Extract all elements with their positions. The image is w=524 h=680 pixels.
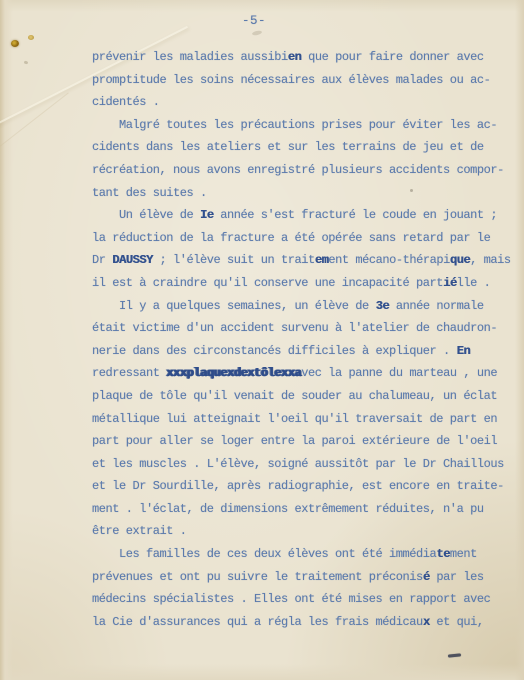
text-line: tant des suites . xyxy=(92,182,512,205)
text-segment: médecins spécialistes . Elles ont été mi… xyxy=(92,592,490,606)
page-number: -5- xyxy=(242,14,266,28)
text-line: Malgré toutes les précautions prises pou… xyxy=(92,114,512,137)
text-line: cidentés . xyxy=(92,91,512,114)
text-segment: é xyxy=(423,570,430,584)
text-segment: récréation, nous avons enregistré plusie… xyxy=(92,163,504,177)
text-segment: plaque de tôle qu'il venait de souder au… xyxy=(92,389,497,403)
text-segment: en xyxy=(288,50,302,64)
text-segment: 3e xyxy=(376,299,390,313)
text-segment: Malgré toutes les précautions prises pou… xyxy=(92,118,497,132)
text-segment: ment xyxy=(450,547,477,561)
text-line: part pour aller se loger entre la paroi … xyxy=(92,430,512,453)
text-segment: Il y a quelques semaines, un élève de xyxy=(92,299,376,313)
text-line: ment . l'éclat, de dimensions extrêmemen… xyxy=(92,498,512,521)
text-segment: et les muscles . L'élève, soigné aussitô… xyxy=(92,457,504,471)
text-segment: cidentés . xyxy=(92,95,160,109)
text-line: et le Dr Sourdille, après radiographie, … xyxy=(92,475,512,498)
text-line: être extrait . xyxy=(92,520,512,543)
paper-crease-small xyxy=(0,92,69,148)
text-segment: ment . l'éclat, de dimensions extrêmemen… xyxy=(92,502,484,516)
text-line: médecins spécialistes . Elles ont été mi… xyxy=(92,588,512,611)
text-segment: par les xyxy=(430,570,484,584)
text-segment: il est à craindre qu'il conserve une inc… xyxy=(92,276,443,290)
text-segment: redressant xyxy=(92,366,166,380)
document-page: -5- prévenir les maladies aussibien que … xyxy=(0,0,524,680)
text-segment: et qui, xyxy=(430,615,484,629)
text-line: récréation, nous avons enregistré plusie… xyxy=(92,159,512,182)
text-line: Il y a quelques semaines, un élève de 3e… xyxy=(92,295,512,318)
text-segment: Un élève de xyxy=(92,208,200,222)
text-segment: ié xyxy=(443,276,457,290)
text-segment: nerie dans des circonstancés difficiles … xyxy=(92,344,457,358)
text-line: prévenir les maladies aussibien que pour… xyxy=(92,46,512,69)
text-segment: x xyxy=(423,615,430,629)
text-segment: année normale xyxy=(389,299,484,313)
text-segment: la Cie d'assurances qui a régla les frai… xyxy=(92,615,423,629)
text-segment: part pour aller se loger entre la paroi … xyxy=(92,434,497,448)
staple-hole-right xyxy=(28,35,34,40)
text-segment: être extrait . xyxy=(92,524,187,538)
text-segment: et le Dr Sourdille, après radiographie, … xyxy=(92,479,504,493)
text-segment: promptitude les soins nécessaires aux él… xyxy=(92,73,490,87)
text-segment: prévenues et ont pu suivre le traitement… xyxy=(92,570,423,584)
text-segment: , mais xyxy=(470,253,511,267)
ink-speck xyxy=(24,60,29,64)
text-line: la réduction de la fracture a été opérée… xyxy=(92,227,512,250)
text-segment: Dr xyxy=(92,253,112,267)
text-segment: année s'est fracturé le coude en jouant … xyxy=(214,208,498,222)
text-segment: Ie xyxy=(200,208,214,222)
ink-smudge xyxy=(252,30,263,36)
text-segment: vec la panne du marteau , une xyxy=(301,366,497,380)
text-segment: xxxplaquexdextôlexxa xyxy=(166,366,301,380)
text-line: et les muscles . L'élève, soigné aussitô… xyxy=(92,453,512,476)
text-segment: que pour faire donner avec xyxy=(301,50,483,64)
text-segment: En xyxy=(457,344,471,358)
text-line: il est à craindre qu'il conserve une inc… xyxy=(92,272,512,295)
staple-hole-left xyxy=(11,40,19,47)
text-line: plaque de tôle qu'il venait de souder au… xyxy=(92,385,512,408)
ink-speck xyxy=(410,189,413,192)
text-line: Un élève de Ie année s'est fracturé le c… xyxy=(92,204,512,227)
text-segment: prévenir les maladies aussibi xyxy=(92,50,288,64)
pen-mark xyxy=(448,653,461,657)
text-segment: em xyxy=(315,253,329,267)
text-segment: ent mécano-thérapi xyxy=(328,253,450,267)
text-segment: cidents dans les ateliers et sur les ter… xyxy=(92,140,484,154)
text-segment: lle . xyxy=(457,276,491,290)
text-segment: tant des suites . xyxy=(92,186,207,200)
text-line: la Cie d'assurances qui a régla les frai… xyxy=(92,611,512,634)
text-segment: te xyxy=(436,547,450,561)
text-line: prévenues et ont pu suivre le traitement… xyxy=(92,566,512,589)
text-body: prévenir les maladies aussibien que pour… xyxy=(92,46,512,633)
text-segment: DAUSSY xyxy=(112,253,153,267)
text-line: métallique lui atteignait l'oeil qu'il t… xyxy=(92,408,512,431)
text-segment: que xyxy=(450,253,470,267)
text-line: était victime d'un accident survenu à l'… xyxy=(92,317,512,340)
text-line: promptitude les soins nécessaires aux él… xyxy=(92,69,512,92)
text-segment: la réduction de la fracture a été opérée… xyxy=(92,231,490,245)
text-line: redressant xxxplaquexdextôlexxavec la pa… xyxy=(92,362,512,385)
text-segment: métallique lui atteignait l'oeil qu'il t… xyxy=(92,412,497,426)
text-segment: Les familles de ces deux élèves ont été … xyxy=(92,547,436,561)
text-line: Dr DAUSSY ; l'élève suit un traitement m… xyxy=(92,249,512,272)
text-line: cidents dans les ateliers et sur les ter… xyxy=(92,136,512,159)
text-segment: était victime d'un accident survenu à l'… xyxy=(92,321,497,335)
text-line: nerie dans des circonstancés difficiles … xyxy=(92,340,512,363)
text-line: Les familles de ces deux élèves ont été … xyxy=(92,543,512,566)
text-segment: ; l'élève suit un trait xyxy=(153,253,315,267)
